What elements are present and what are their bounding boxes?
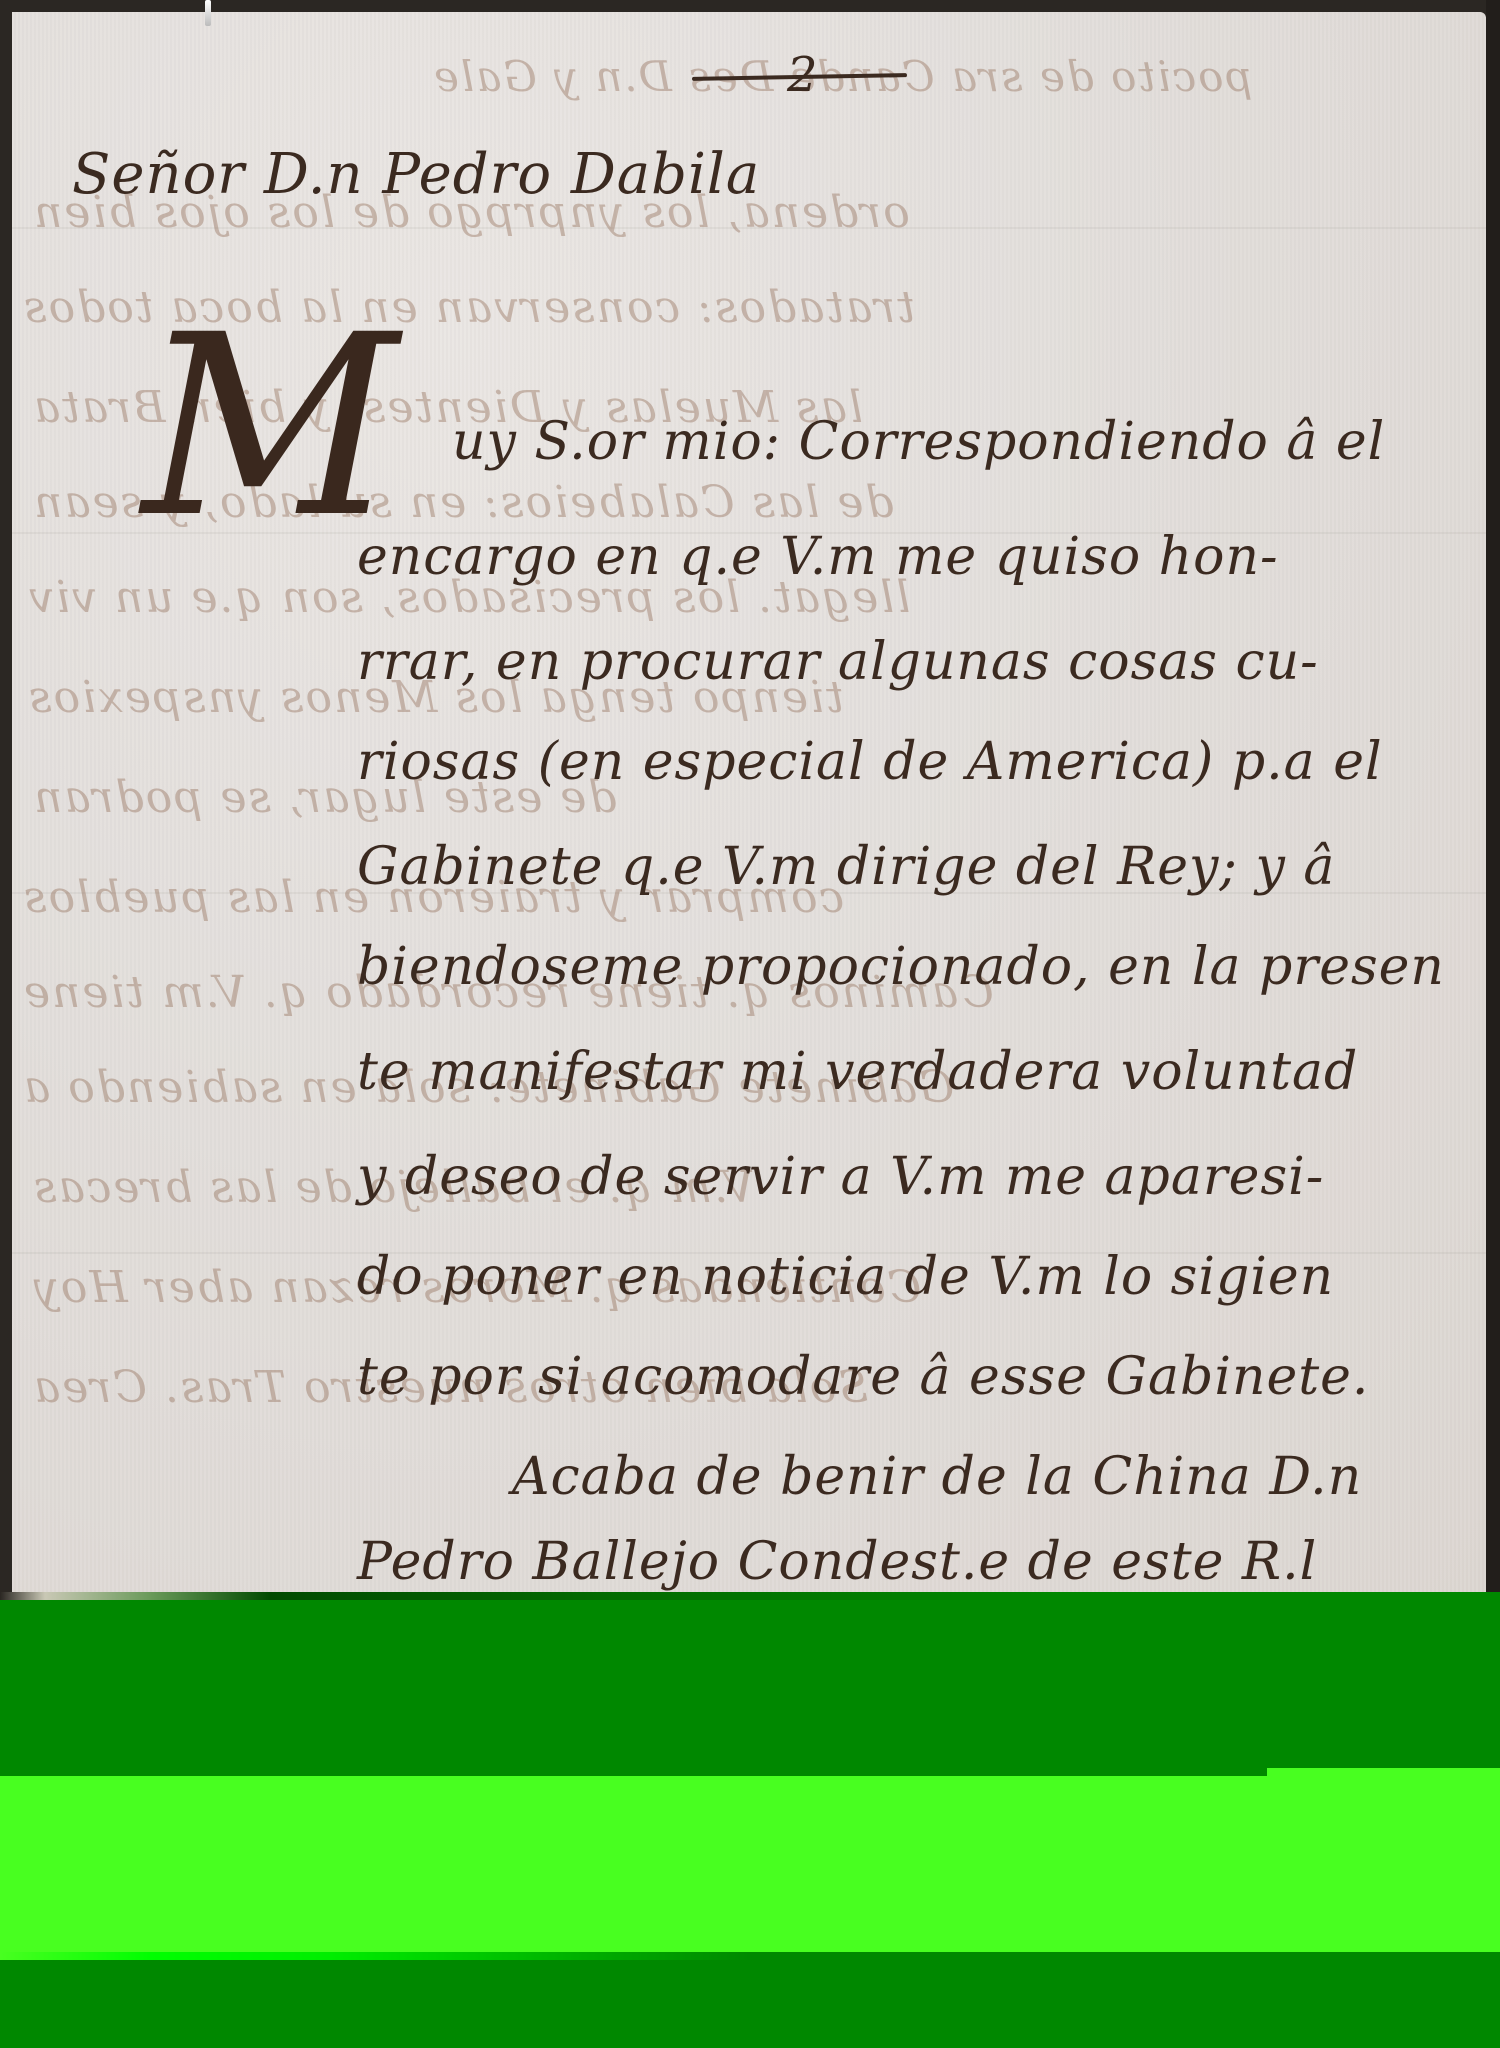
letter-line: te por si acomodare â esse Gabinete. [357, 1347, 1369, 1407]
color-band-dark-green [0, 1600, 1500, 1776]
letter-line: y deseo de servir a V.m me aparesi- [357, 1147, 1324, 1207]
letter-page: pocito de sra Cande Des D.n y Gale orden… [12, 12, 1486, 1612]
letter-line: uy S.or mio: Correspondiendo â el [452, 412, 1385, 472]
letter-line: te manifestar mi verdadera voluntad [357, 1042, 1358, 1102]
decorative-initial: M [142, 302, 398, 552]
letter-line: encargo en q.e V.m me quiso hon- [357, 527, 1279, 587]
letter-line: rrar, en procurar algunas cosas cu- [357, 632, 1319, 692]
letter-line: Pedro Ballejo Condest.e de este R.l [357, 1532, 1317, 1592]
page-number-mark: 2 [787, 47, 818, 103]
letter-line: biendoseme propocionado, en la presen [357, 937, 1445, 997]
letter-salutation: Señor D.n Pedro Dabila [72, 142, 760, 207]
scan-right-edge [1486, 0, 1500, 1600]
color-band-bright-green [0, 1768, 1500, 1952]
pin-hole-mark [205, 0, 211, 26]
letter-line: riosas (en especial de America) p.a el [357, 732, 1383, 792]
color-band-dark-green-notch [0, 1768, 1267, 1776]
color-band-gradient [0, 1952, 1500, 1960]
scan-background: pocito de sra Cande Des D.n y Gale orden… [0, 0, 1500, 2048]
letter-line: Acaba de benir de la China D.n [512, 1447, 1362, 1507]
color-band-gradient [0, 1592, 1500, 1600]
letter-line: Gabinete q.e V.m dirige del Rey; y â [357, 837, 1335, 897]
color-band-dark-green [0, 1960, 1500, 2048]
letter-line: do poner en noticia de V.m lo sigien [357, 1247, 1334, 1307]
